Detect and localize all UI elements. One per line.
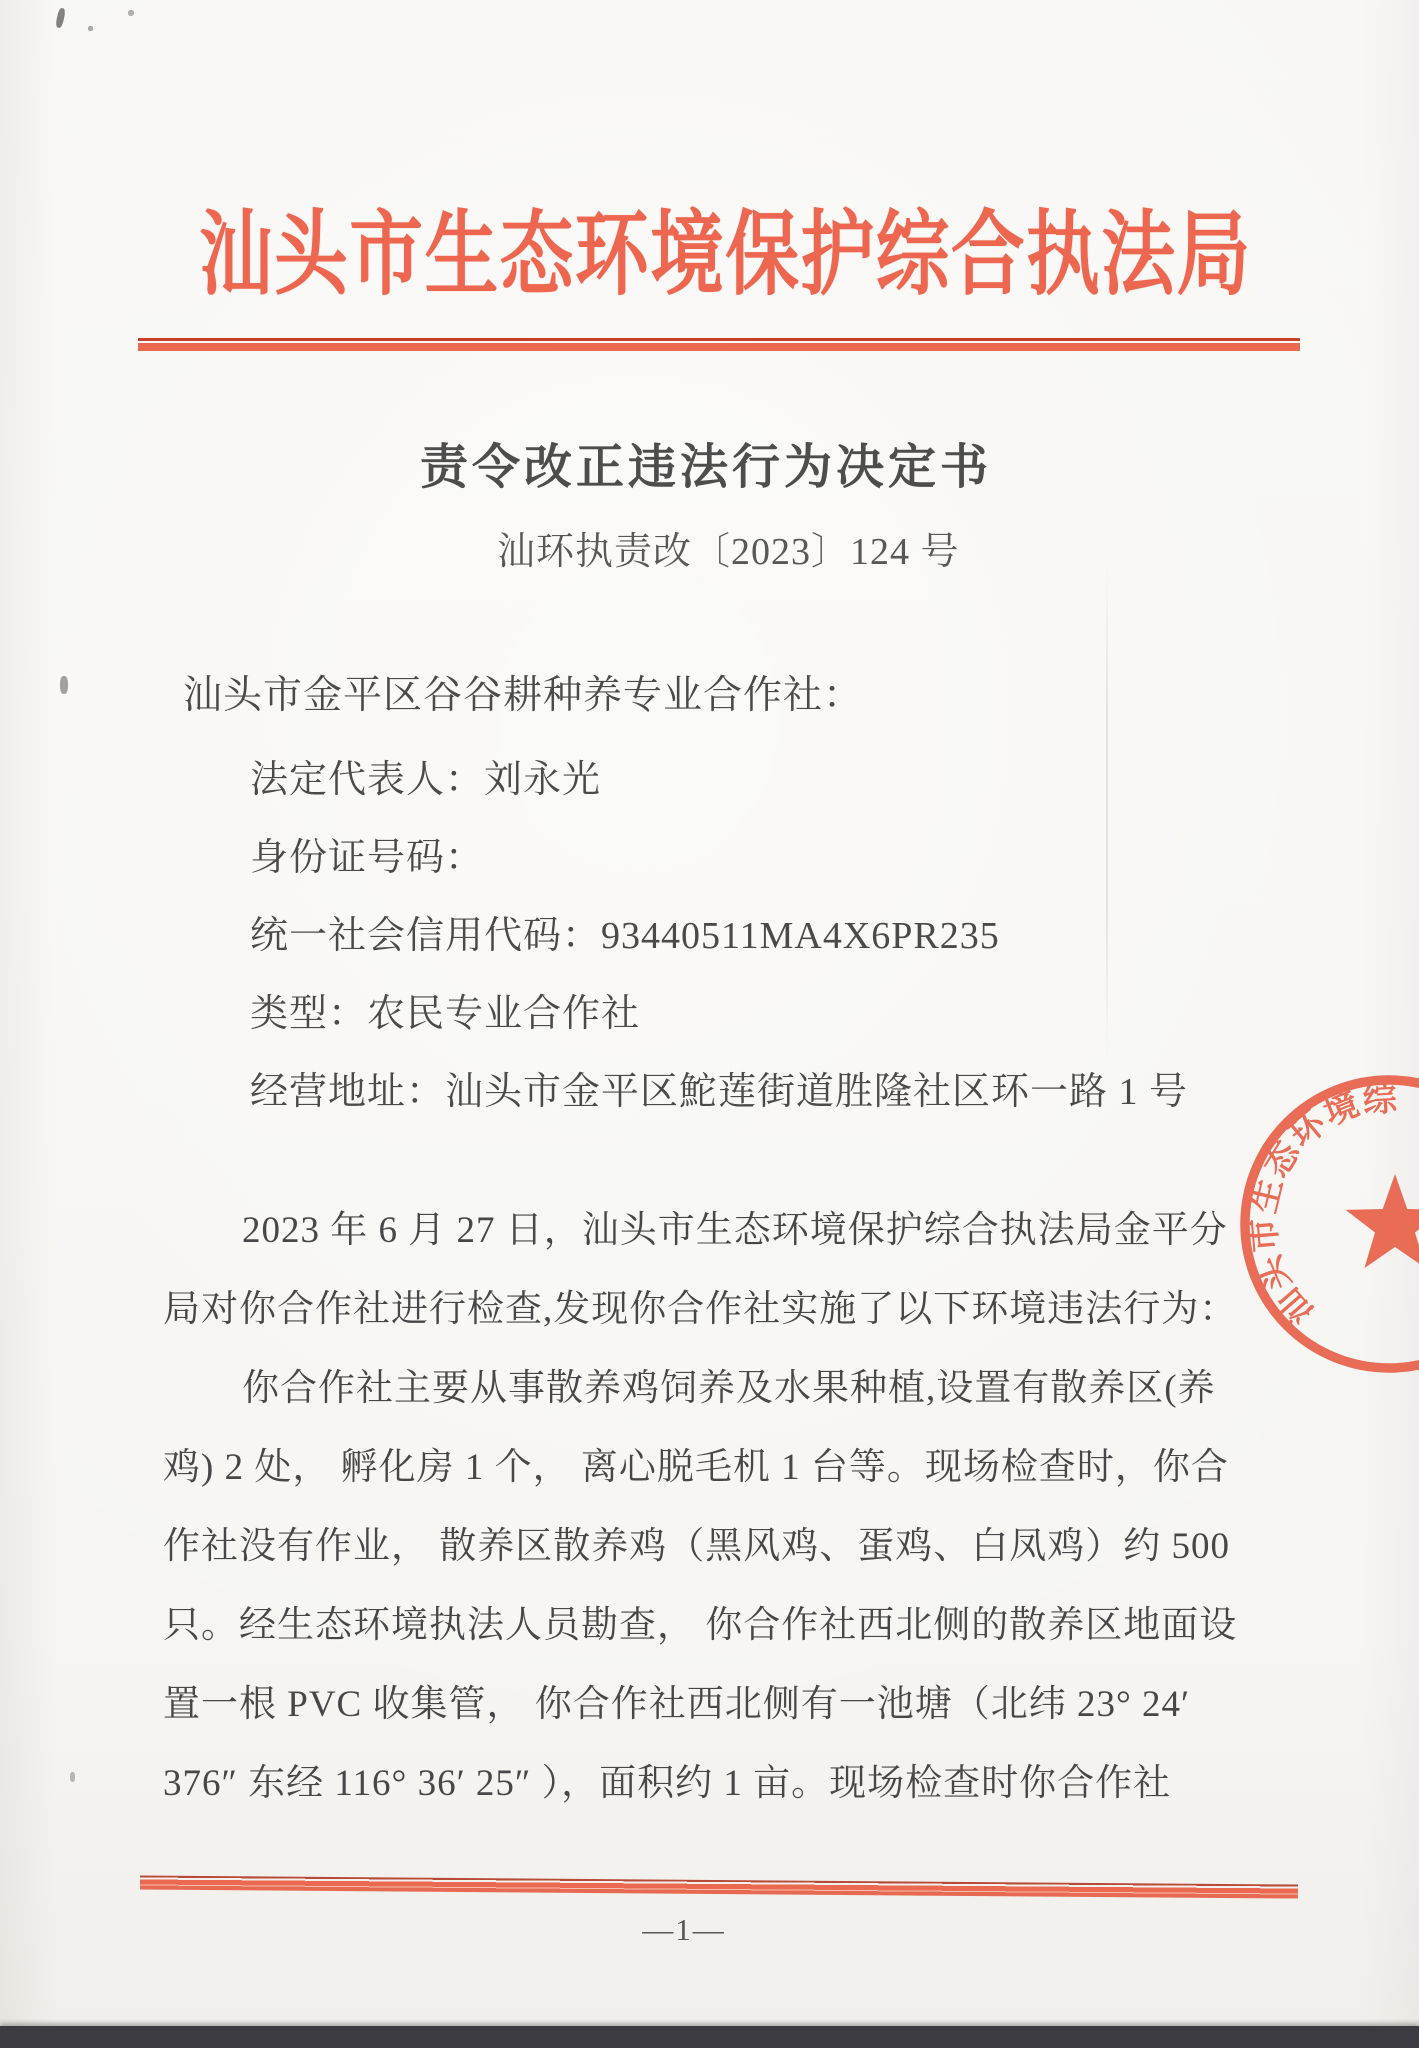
stamp-star-icon xyxy=(1346,1174,1419,1268)
page-number: —1— xyxy=(584,1912,784,1948)
addressee-line: 汕头市金平区谷谷耕种养专业合作社： xyxy=(183,664,863,720)
body-line: 你合作社主要从事散养鸡饲养及水果种植,设置有散养区(养 xyxy=(163,1349,1237,1428)
body-line: 鸡) 2 处， 孵化房 1 个， 离心脱毛机 1 台等。现场检查时，你合 xyxy=(163,1428,1237,1507)
letterhead-separator-line xyxy=(138,338,1300,351)
scan-speck xyxy=(60,676,68,694)
scan-speck xyxy=(70,1772,75,1782)
footer-separator-line xyxy=(140,1875,1298,1898)
body-line: 只。经生态环境执法人员勘查， 你合作社西北侧的散养区地面设 xyxy=(163,1586,1237,1665)
agency-letterhead: 汕头市生态环境保护综合执法局 xyxy=(199,205,1252,306)
svg-text:汕头市生态环境综: 汕头市生态环境综 xyxy=(1244,1080,1400,1332)
body-line: 作社没有作业， 散养区散养鸡（黑风鸡、蛋鸡、白凤鸡）约 500 xyxy=(163,1507,1237,1586)
field-credit-code: 统一社会信用代码：93440511MA4X6PR235 xyxy=(250,897,1188,975)
field-id-number: 身份证号码： xyxy=(250,819,1188,897)
document-number: 汕环执责改〔2023〕124 号 xyxy=(497,520,960,575)
document-title: 责令改正违法行为决定书 xyxy=(420,428,992,497)
scan-bottom-edge xyxy=(0,2026,1419,2048)
scan-speck xyxy=(55,7,66,28)
field-entity-type: 类型：农民专业合作社 xyxy=(250,975,1188,1053)
scanned-document-page: 汕头市生态环境保护综合执法局 责令改正违法行为决定书 汕环执责改〔2023〕12… xyxy=(0,0,1419,2048)
body-line: 置一根 PVC 收集管， 你合作社西北侧有一池塘（北纬 23° 24′ xyxy=(163,1665,1237,1744)
field-legal-representative: 法定代表人：刘永光 xyxy=(250,741,1188,819)
body-line: 2023 年 6 月 27 日，汕头市生态环境保护综合执法局金平分 xyxy=(163,1191,1237,1270)
body-line: 局对你合作社进行检查,发现你合作社实施了以下环境违法行为： xyxy=(163,1270,1237,1349)
stamp-text: 汕头市生态环境综 xyxy=(1244,1080,1400,1332)
field-business-address: 经营地址：汕头市金平区鮀莲街道胜隆社区环一路 1 号 xyxy=(250,1053,1188,1131)
scan-speck xyxy=(128,10,134,16)
body-line: 376″ 东经 116° 36′ 25″ ），面积约 1 亩。现场检查时你合作社 xyxy=(163,1744,1237,1823)
official-stamp: 汕头市生态环境综 xyxy=(1230,1052,1419,1402)
scan-speck xyxy=(88,26,93,31)
document-body: 2023 年 6 月 27 日，汕头市生态环境保护综合执法局金平分 局对你合作社… xyxy=(163,1191,1237,1823)
registration-fields: 法定代表人：刘永光 身份证号码： 统一社会信用代码：93440511MA4X6P… xyxy=(250,741,1188,1131)
